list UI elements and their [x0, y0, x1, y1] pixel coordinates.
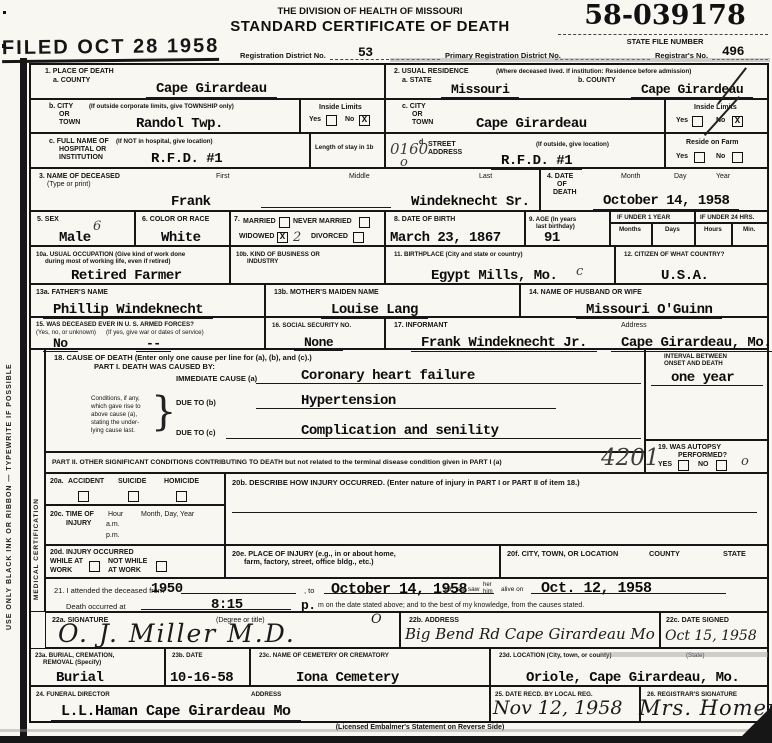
autopsy-no-checkbox [716, 460, 727, 471]
cause-b-rule [256, 408, 556, 409]
color-or-race-label: 6. COLOR OR RACE [142, 216, 209, 224]
date-of-birth-value: March 23, 1867 [386, 231, 505, 247]
place-of-death-county-cell: 1. PLACE OF DEATH a. COUNTY Cape Girarde… [30, 64, 385, 99]
death-occurred-text: m on the date stated above; and to the b… [318, 602, 584, 610]
at-work-label: AT WORK [108, 567, 141, 575]
describe-injury-label: 20b. DESCRIBE HOW INJURY OCCURRED. (Ente… [232, 478, 580, 487]
scan-streak [0, 729, 772, 732]
attended-text-2: , to [304, 586, 314, 595]
funeral-director-address-label: ADDRESS [251, 691, 281, 698]
injury-rule [232, 512, 757, 513]
hour-label: Hour [108, 511, 123, 519]
widowed-label: WIDOWED [239, 233, 274, 241]
burial-cell: 23a. BURIAL, CREMATION, REMOVAL (Specify… [30, 648, 165, 686]
ssn-label: 16. SOCIAL SECURITY NO. [272, 322, 351, 329]
under-1-year-label: IF UNDER 1 YEAR [617, 214, 670, 221]
min-label: Min. [743, 226, 755, 233]
ssn-cell: 16. SOCIAL SECURITY NO. None [265, 317, 385, 349]
date-signed-label: 22c. DATE SIGNED [666, 617, 729, 625]
town-label: TOWN [59, 119, 80, 127]
burial-value: Burial [46, 671, 113, 687]
inside-limits-1-cell: Inside Limits Yes No X [300, 99, 385, 133]
pencil-mark: 2 [293, 231, 301, 244]
age-value: 91 [534, 231, 570, 247]
usual-residence-title: 2. USUAL RESIDENCE [394, 68, 469, 76]
injury-occurred-label: 20d. INJURY OCCURRED [50, 549, 134, 557]
last-header: Last [479, 173, 492, 181]
divorced-checkbox [353, 232, 364, 243]
birthplace-label: 11. BIRTHPLACE (City and state or countr… [394, 251, 523, 258]
burial-date-cell: 23b. DATE 10-16-58 [165, 648, 250, 686]
alive-on-label: alive on [501, 586, 523, 594]
funeral-director-label: 24. FUNERAL DIRECTOR [36, 691, 110, 698]
no-checkbox [732, 152, 743, 163]
street-note: (If outside, give location) [536, 141, 609, 148]
cause-a-rule [256, 383, 641, 384]
burial-location-label: 23d. LOCATION (City, town, or county) [499, 652, 612, 659]
attended-from-value: 1950 [151, 582, 183, 596]
from-rule [181, 593, 296, 594]
place-of-death-title: 1. PLACE OF DEATH [45, 68, 114, 76]
yes-checkbox [692, 116, 703, 127]
residence-county-value: Cape Girardeau [631, 83, 753, 98]
funeral-director-value: L.L.Haman Cape Girardeau Mo [51, 704, 301, 721]
armed-forces-label: 15. WAS DECEASED EVER IN U. S. ARMED FOR… [36, 321, 194, 328]
not-while-label: NOT WHILE [108, 558, 147, 566]
due-to-c-label: DUE TO (c) [176, 428, 215, 437]
street-d-label: d. [419, 139, 425, 147]
informant-label: 17. INFORMANT [394, 322, 448, 330]
while-at-work-checkbox [89, 561, 100, 572]
conditions-3: above cause (a), [91, 411, 137, 418]
year-header: Year [716, 173, 730, 181]
file-number-rule [558, 34, 768, 35]
pm-label: p.m. [106, 532, 120, 540]
registration-district-label: Registration District No. [240, 51, 326, 60]
interval-label-2: ONSET AND DEATH [664, 360, 723, 367]
interval-value: one year [671, 371, 734, 385]
injury-occurred-cell: 20d. INJURY OCCURRED WHILE AT WORK NOT W… [45, 545, 225, 578]
no-label: No [716, 153, 725, 161]
conditions-4: stating the under- [91, 419, 139, 426]
part-1-label: PART I. DEATH WAS CAUSED BY: [94, 362, 215, 371]
scan-streak [600, 652, 768, 657]
residence-county-label: b. COUNTY [578, 77, 616, 85]
immediate-cause-label: IMMEDIATE CAUSE (a) [176, 374, 257, 383]
color-or-race-cell: 6. COLOR OR RACE White [135, 211, 230, 246]
time-of-injury-l1: 20c. TIME OF [50, 511, 94, 519]
last-saw-label: last saw [456, 586, 479, 594]
date-signed-cell: 22c. DATE SIGNED Oct 15, 1958 [660, 612, 768, 648]
yes-checkbox [694, 152, 705, 163]
citizen-label: 12. CITIZEN OF WHAT COUNTRY? [624, 251, 724, 258]
months-label: Months [619, 226, 641, 233]
while-at-work-label: WHILE AT [50, 558, 83, 566]
yes-checkbox [326, 115, 337, 126]
widowed-checkbox-checked: X [277, 232, 288, 243]
reside-on-farm-label: Reside on Farm [686, 139, 739, 147]
accident-checkbox [78, 491, 89, 502]
marital-status-cell: 7. MARRIED NEVER MARRIED WIDOWED X 2 DIV… [230, 211, 385, 246]
citizen-value: U.S.A. [651, 269, 718, 285]
married-label: MARRIED [243, 218, 276, 226]
name-note: (Type or print) [47, 181, 91, 189]
date-of-death-value: October 14, 1958 [593, 194, 739, 210]
interval-cell: INTERVAL BETWEEN ONSET AND DEATH one yea… [645, 349, 768, 440]
hospital-value: R.F.D. #1 [151, 152, 222, 166]
hospital-note: (If NOT in hospital, give location) [116, 138, 213, 145]
scan-dot [2, 44, 6, 48]
describe-injury-cell: 20b. DESCRIBE HOW INJURY OCCURRED. (Ente… [225, 473, 768, 545]
county-label: a. COUNTY [53, 77, 90, 85]
scan-streak [390, 58, 770, 62]
homicide-label: HOMICIDE [164, 478, 199, 486]
residence-city-cell: c. CITY OR TOWN Cape Girardeau [385, 99, 665, 133]
cause-of-death-title: 18. CAUSE OF DEATH (Enter only one cause… [54, 353, 312, 362]
place-of-injury-cell: 20e. PLACE OF INJURY (e.g., in or about … [225, 545, 500, 578]
street-address-label: STREET ADDRESS [428, 141, 474, 158]
inside-limits-label: Inside Limits [319, 104, 362, 112]
burial-date-value: 10-16-58 [166, 671, 237, 687]
yes-label: Yes [676, 117, 688, 125]
due-to-c-value: Complication and senility [301, 424, 499, 438]
yes-label: Yes [676, 153, 688, 161]
not-while-at-work-checkbox [156, 561, 167, 572]
pen-mark: O [371, 613, 382, 626]
month-day-year-label: Month, Day, Year [141, 511, 194, 519]
time-of-injury-cell: 20c. TIME OF INJURY Hour a.m. p.m. Month… [45, 505, 225, 545]
due-to-b-value: Hypertension [301, 394, 396, 408]
medical-certification-label: MEDICAL CERTIFICATION [34, 365, 41, 600]
filed-date-stamp: FILED OCT 28 1958 [2, 36, 220, 63]
divorced-label: DIVORCED [311, 233, 348, 241]
pencil-mark: c [576, 265, 583, 278]
printed-19: 19 [444, 586, 451, 594]
homicide-checkbox [176, 491, 187, 502]
cemetery-cell: 23c. NAME OF CEMETERY OR CREMATORY Iona … [250, 648, 490, 686]
street-address-cell: 0160 o d. STREET ADDRESS (If outside, gi… [385, 133, 665, 168]
autopsy-yes-label: YES [658, 461, 672, 469]
citizen-cell: 12. CITIZEN OF WHAT COUNTRY? U.S.A. [615, 246, 768, 284]
date-of-death-l3: DEATH [553, 189, 577, 197]
time-rule [141, 609, 291, 610]
hours-cell: Hours [695, 223, 732, 246]
city-note: (If outside corporate limits, give TOWNS… [89, 103, 234, 110]
reside-on-farm-cell: Reside on Farm Yes No [665, 133, 768, 168]
autopsy-no-label: NO [698, 461, 709, 469]
birthplace-value: Egypt Mills, Mo. [421, 269, 567, 285]
division-header: THE DIVISION OF HEALTH OF MISSOURI [180, 6, 560, 17]
state-value: Missouri [441, 83, 519, 98]
accident-suicide-homicide-cell: 20a. ACCIDENT SUICIDE HOMICIDE [45, 473, 225, 505]
residence-city-value: Cape Girardeau [466, 117, 597, 133]
attended-text-1: 21. I attended the deceased from [54, 586, 164, 595]
hospital-cell: c. FULL NAME OF (If NOT in hospital, giv… [30, 133, 310, 168]
cemetery-label: 23c. NAME OF CEMETERY OR CREMATORY [259, 652, 389, 659]
item-7-number: 7. [234, 216, 240, 224]
date-received-cell: 25. DATE RECD. BY LOCAL REG. Nov 12, 195… [490, 686, 640, 722]
date-of-birth-label: 8. DATE OF BIRTH [394, 216, 455, 224]
injury-location-cell: 20f. CITY, TOWN, OR LOCATION COUNTY STAT… [500, 545, 768, 578]
injury-city-label: 20f. CITY, TOWN, OR LOCATION [507, 550, 618, 559]
hospital-label-3: INSTITUTION [59, 154, 103, 162]
injury-county-label: COUNTY [649, 550, 680, 559]
occupation-value: Retired Farmer [61, 269, 192, 285]
age-cell: 9. AGE (In years last birthday) 91 [525, 211, 610, 246]
if-under-24-hrs-header: IF UNDER 24 HRS. [695, 211, 768, 223]
date-of-death-cell: 4. DATE OF DEATH Month Day Year October … [540, 168, 768, 211]
date-of-birth-cell: 8. DATE OF BIRTH March 23, 1867 [385, 211, 525, 246]
occupation-cell: 10a. USUAL OCCUPATION (Give kind of work… [30, 246, 230, 284]
industry-cell: 10b. KIND OF BUSINESS OR INDUSTRY [230, 246, 385, 284]
part-2-cell: PART II. OTHER SIGNIFICANT CONDITIONS CO… [45, 452, 645, 473]
no-checkbox-checked: X [732, 116, 743, 127]
if-under-1-year-header: IF UNDER 1 YEAR [610, 211, 695, 223]
physician-address-cell: 22b. ADDRESS Big Bend Rd Cape Girardeau … [400, 612, 660, 648]
length-of-stay-cell: Length of stay in 1b [310, 133, 385, 168]
usual-residence-cell: 2. USUAL RESIDENCE (Where deceased lived… [385, 64, 768, 99]
part-2-label: PART II. OTHER SIGNIFICANT CONDITIONS CO… [52, 459, 502, 467]
days-label: Days [665, 226, 680, 233]
alive-rule [531, 593, 726, 594]
due-to-b-label: DUE TO (b) [176, 398, 216, 407]
father-name-label: 13a. FATHER'S NAME [36, 289, 108, 297]
registration-district-value: 53 [358, 46, 373, 59]
scan-bottom-bar [0, 736, 772, 743]
under-24-hrs-label: IF UNDER 24 HRS. [700, 214, 754, 221]
informant-cell: 17. INFORMANT Address Frank Windeknecht … [385, 317, 768, 349]
death-certificate-scan: THE DIVISION OF HEALTH OF MISSOURI STAND… [0, 0, 772, 743]
work-label: WORK [50, 567, 72, 575]
state-file-number: 58-039178 [565, 2, 765, 29]
autopsy-yes-checkbox [678, 460, 689, 471]
physician-signature: O. J. Miller M.D. [58, 621, 296, 646]
never-married-label: NEVER MARRIED [293, 218, 352, 226]
yes-label: Yes [309, 116, 321, 124]
father-name-cell: 13a. FATHER'S NAME Phillip Windeknecht [30, 284, 265, 317]
date-signed-value: Oct 15, 1958 [665, 629, 757, 643]
days-cell: Days [652, 223, 695, 246]
middle-header: Middle [349, 173, 370, 181]
medical-certification-gutter: MEDICAL CERTIFICATION [30, 349, 45, 612]
inside-limits-2-cell: Inside Limits Yes No X [665, 99, 768, 133]
no-checkbox-checked: X [359, 115, 370, 126]
occupation-label-2: during most of working life, even if ret… [45, 258, 170, 265]
scan-corner-fold [742, 706, 772, 736]
burial-date-label: 23b. DATE [172, 652, 202, 659]
never-married-checkbox [359, 217, 370, 228]
no-label: No [345, 116, 354, 124]
autopsy-cell: 19. WAS AUTOPSY PERFORMED? YES NO o [645, 440, 768, 473]
sex-label: 5. SEX [37, 216, 59, 224]
immediate-cause-value: Coronary heart failure [301, 369, 475, 383]
name-of-deceased-cell: 3. NAME OF DECEASED (Type or print) Firs… [30, 168, 540, 211]
physician-address-value: Big Bend Rd Cape Girardeau Mo [405, 627, 655, 642]
him-label: him [483, 589, 493, 596]
cause-c-rule [226, 438, 641, 439]
time-of-injury-l2: INJURY [66, 520, 91, 528]
date-received-value: Nov 12, 1958 [493, 699, 622, 718]
married-checkbox [279, 217, 290, 228]
last-name-value: Windeknecht Sr. [401, 195, 540, 211]
informant-address-label: Address [621, 322, 647, 330]
day-header: Day [674, 173, 686, 181]
length-of-stay-label: Length of stay in 1b [315, 144, 373, 151]
certificate-title: STANDARD CERTIFICATE OF DEATH [180, 18, 560, 35]
ink-instruction-margin-note: USE ONLY BLACK INK OR RIBBON — TYPEWRITE… [6, 130, 13, 630]
state-label: a. STATE [402, 77, 432, 85]
funeral-director-cell: 24. FUNERAL DIRECTOR ADDRESS L.L.Haman C… [30, 686, 490, 722]
physician-signature-cell: 22a. SIGNATURE (Degree or title) O. J. M… [45, 612, 400, 648]
accident-label: ACCIDENT [68, 478, 104, 486]
place-of-injury-l2: farm, factory, street, office bldg., etc… [244, 558, 374, 567]
burial-label-2: REMOVAL (Specify) [43, 659, 101, 666]
county-value: Cape Girardeau [146, 82, 277, 98]
pencil-mark: o [741, 455, 749, 468]
cause-of-death-cell: 18. CAUSE OF DEATH (Enter only one cause… [45, 349, 645, 452]
armed-forces-cell: 15. WAS DECEASED EVER IN U. S. ARMED FOR… [30, 317, 265, 349]
color-or-race-value: White [151, 231, 211, 247]
city-value: Randol Twp. [126, 117, 233, 133]
am-label: a.m. [106, 521, 120, 529]
registrar-no-value: 496 [722, 45, 744, 58]
conditions-2: which gave rise to [91, 403, 141, 410]
scan-left-bar [20, 58, 27, 743]
min-cell: Min. [732, 223, 768, 246]
residence-town-label: TOWN [412, 119, 433, 127]
conditions-5: lying cause last. [91, 427, 135, 434]
first-header: First [216, 173, 230, 181]
injury-state-label: STATE [723, 550, 746, 559]
sex-value: Male [49, 231, 101, 247]
attended-deceased-cell: 21. I attended the deceased from 1950 , … [45, 578, 768, 612]
city-or-town-cell: b. CITY (If outside corporate limits, gi… [30, 99, 300, 133]
death-time-ampm: p. [301, 599, 316, 612]
mother-name-cell: 13b. MOTHER'S MAIDEN NAME Louise Lang [265, 284, 520, 317]
interval-rule [651, 385, 763, 386]
cemetery-value: Iona Cemetery [286, 671, 409, 687]
suicide-checkbox [128, 491, 139, 502]
months-cell: Months [610, 223, 652, 246]
first-name-value: Frank [161, 195, 221, 211]
birthplace-cell: 11. BIRTHPLACE (City and state or countr… [385, 246, 615, 284]
conditions-1: Conditions, if any, [91, 395, 140, 402]
scan-dot [3, 11, 6, 14]
hours-label: Hours [704, 226, 722, 233]
burial-location-value: Oriole, Cape Girardeau, Mo. [516, 671, 749, 687]
sex-cell: 5. SEX 6 Male [30, 211, 135, 246]
industry-label-2: INDUSTRY [247, 258, 278, 265]
spouse-name-label: 14. NAME OF HUSBAND OR WIFE [529, 289, 642, 297]
middle-name-rule [261, 207, 391, 208]
suicide-label: SUICIDE [118, 478, 146, 486]
spouse-name-cell: 14. NAME OF HUSBAND OR WIFE Missouri O'G… [520, 284, 768, 317]
item-20a-number: 20a. [50, 478, 64, 486]
conditions-brace: } [151, 392, 176, 432]
usual-residence-note: (Where deceased lived. If institution: R… [496, 68, 756, 75]
mother-name-label: 13b. MOTHER'S MAIDEN NAME [274, 289, 379, 297]
death-occurred-label: Death occurred at [66, 602, 126, 611]
month-header: Month [621, 173, 640, 181]
